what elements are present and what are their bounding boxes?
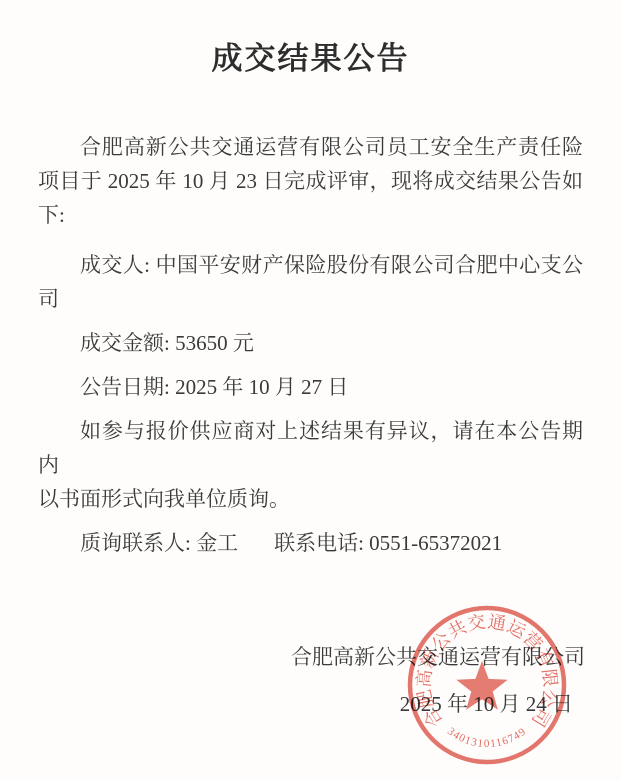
body-line: 项目于 2025 年 10 月 23 日完成评审，现将成交结果公告如 <box>38 164 583 198</box>
paragraph-winner: 成交人: 中国平安财产保险股份有限公司合肥中心支公 司 <box>38 248 583 316</box>
body-line: 下: <box>38 198 583 232</box>
signature-date: 2025 年 10 月 24 日 <box>400 691 573 717</box>
body-line: 司 <box>38 282 583 316</box>
body-line: 成交人: 中国平安财产保险股份有限公司合肥中心支公 <box>38 248 583 282</box>
contact-phone: 联系电话: 0551-65372021 <box>274 531 502 555</box>
seal-code-textpath: 3401310116749 <box>445 725 529 750</box>
announcement-document: 成交结果公告 合肥高新公共交通运营有限公司员工安全生产责任险 项目于 2025 … <box>0 0 621 780</box>
contact-line: 质询联系人: 金工联系电话: 0551-65372021 <box>38 526 583 560</box>
document-body: 合肥高新公共交通运营有限公司员工安全生产责任险 项目于 2025 年 10 月 … <box>38 130 583 560</box>
body-line: 公告日期: 2025 年 10 月 27 日 <box>38 370 583 404</box>
seal-code-text: 3401310116749 <box>445 725 529 750</box>
contact-person: 质询联系人: 金工 <box>80 531 238 555</box>
body-line: 成交金额: 53650 元 <box>38 326 583 360</box>
body-line: 如参与报价供应商对上述结果有异议，请在本公告期内 <box>38 414 583 482</box>
official-seal-stamp: 合肥高新公共交通运营有限公司 3401310116749 <box>405 603 569 767</box>
body-line: 以书面形式向我单位质询。 <box>38 482 583 516</box>
paragraph-amount: 成交金额: 53650 元 <box>38 326 583 360</box>
document-title: 成交结果公告 <box>0 38 621 80</box>
signature-company: 合肥高新公共交通运营有限公司 <box>291 644 585 670</box>
paragraph-objection: 如参与报价供应商对上述结果有异议，请在本公告期内 以书面形式向我单位质询。 <box>38 414 583 516</box>
body-line: 合肥高新公共交通运营有限公司员工安全生产责任险 <box>38 130 583 164</box>
seal-circle <box>410 608 564 762</box>
paragraph-contact: 质询联系人: 金工联系电话: 0551-65372021 <box>38 526 583 560</box>
paragraph-intro: 合肥高新公共交通运营有限公司员工安全生产责任险 项目于 2025 年 10 月 … <box>38 130 583 232</box>
paragraph-announce-date: 公告日期: 2025 年 10 月 27 日 <box>38 370 583 404</box>
